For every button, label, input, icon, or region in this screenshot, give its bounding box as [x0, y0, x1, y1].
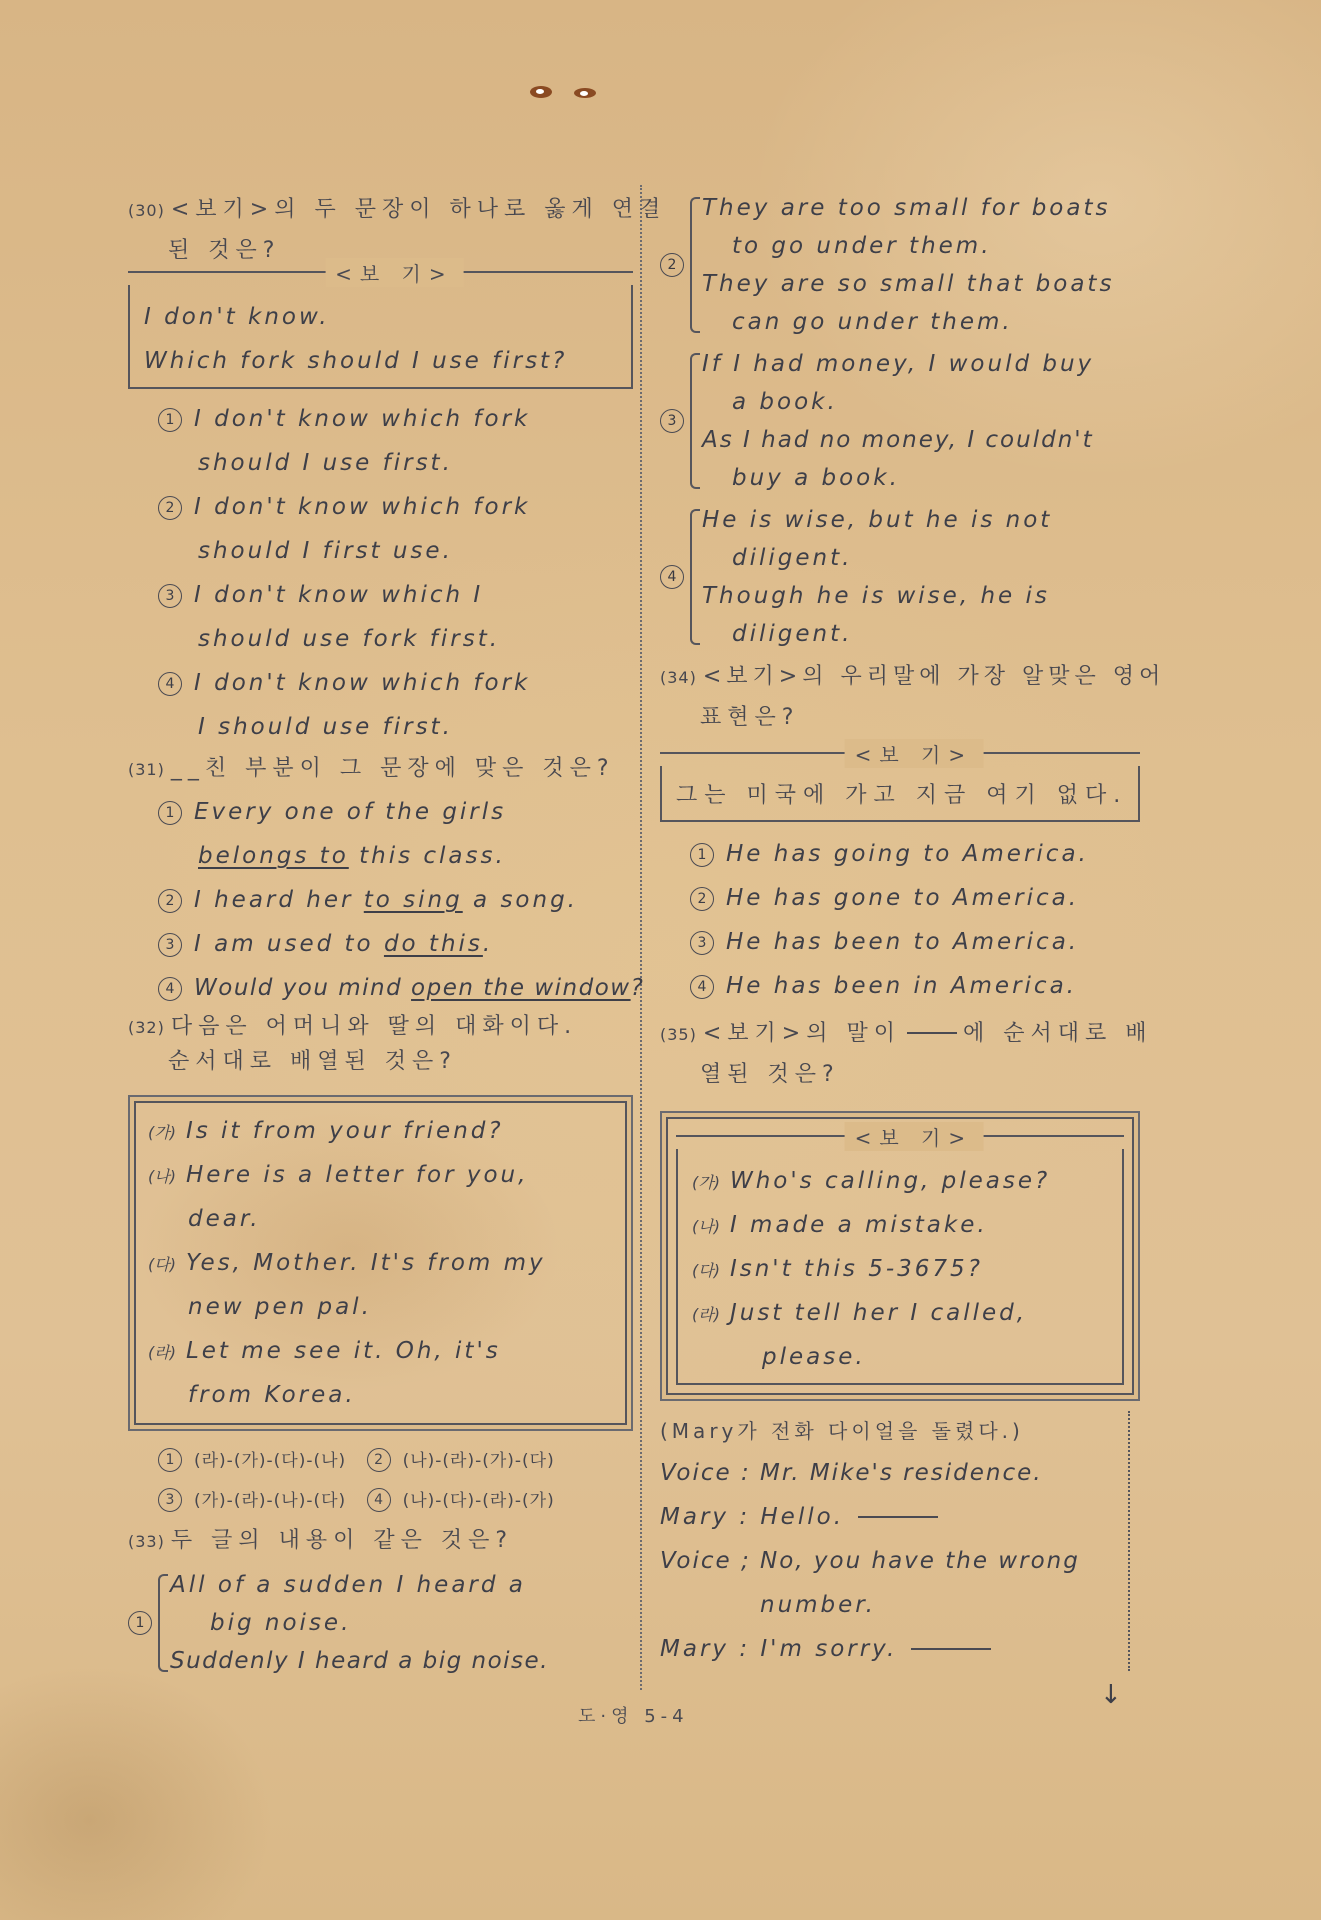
q31-option-2[interactable]: 2I heard her to sing a song.	[128, 878, 633, 922]
left-column: (30)<보기>의 두 문장이 하나로 옳게 연결 된 것은? <보 기> I …	[128, 190, 633, 1684]
dialogue-line: (다)Yes, Mother. It's from my	[148, 1241, 613, 1285]
q30-option-2[interactable]: 2I don't know which fork should I first …	[128, 485, 633, 573]
q33-option-3[interactable]: 3 If I had money, I would buy a book. As…	[660, 345, 1140, 497]
circled-number-icon: 2	[660, 253, 684, 277]
q32-options-row-2: 3(가)-(라)-(나)-(다) 4(나)-(다)-(라)-(가)	[128, 1481, 633, 1521]
q34-option-4[interactable]: 4He has been in America.	[660, 964, 1140, 1008]
dialogue-line: Mary : Hello.	[660, 1495, 1128, 1539]
q30-option-4[interactable]: 4I don't know which fork I should use fi…	[128, 661, 633, 749]
circled-number-icon: 1	[158, 1448, 182, 1472]
brace-icon	[158, 1574, 168, 1672]
question-32: (32)다음은 어머니와 딸의 대화이다. 순서대로 배열된 것은? (가)Is…	[128, 1010, 633, 1521]
brace-icon	[690, 197, 700, 333]
dialogue-line: Voice ; No, you have the wrong	[660, 1539, 1128, 1583]
circled-number-icon: 3	[158, 933, 182, 957]
right-column: 2 They are too small for boats to go und…	[660, 185, 1140, 1671]
circled-number-icon: 4	[690, 975, 714, 999]
dialogue-line: Mary : I'm sorry.	[660, 1627, 1128, 1671]
circled-number-icon: 4	[367, 1488, 391, 1512]
q34-option-1[interactable]: 1He has going to America.	[660, 832, 1140, 876]
ink-stain	[530, 84, 600, 100]
q34-prompt-line2: 표현은?	[660, 698, 1140, 738]
q34-prompt: (34)<보기>의 우리말에 가장 알맞은 영어	[660, 657, 1140, 698]
bogi-line: I don't know.	[144, 295, 617, 339]
circled-number-icon: 4	[158, 672, 182, 696]
q30-bogi-box: <보 기> I don't know. Which fork should I …	[128, 285, 633, 389]
bogi-text: 그는 미국에 가고 지금 여기 없다.	[676, 776, 1124, 816]
q35-outer-box: <보 기> (가)Who's calling, please? (나)I mad…	[666, 1117, 1134, 1395]
q35-prompt: (35)<보기>의 말이에 순서대로 배	[660, 1014, 1140, 1055]
q32-prompt-line2: 순서대로 배열된 것은?	[128, 1045, 633, 1079]
page-footer: 도·영 5-4	[578, 1702, 689, 1728]
circled-number-icon: 2	[367, 1448, 391, 1472]
q30-option-1[interactable]: 1I don't know which fork should I use fi…	[128, 397, 633, 485]
circled-number-icon: 4	[660, 565, 684, 589]
q35-bogi-box: <보 기> (가)Who's calling, please? (나)I mad…	[676, 1149, 1124, 1385]
circled-number-icon: 1	[158, 801, 182, 825]
column-divider	[640, 185, 642, 1690]
q32-prompt: (32)다음은 어머니와 딸의 대화이다.	[128, 1010, 633, 1045]
q30-prompt: (30)<보기>의 두 문장이 하나로 옳게 연결	[128, 190, 633, 231]
q33-prompt: (33)두 글의 내용이 같은 것은?	[128, 1521, 633, 1562]
blank-line	[907, 1032, 957, 1034]
q35-dialogue: (Mary가 전화 다이얼을 돌렸다.) Voice : Mr. Mike's …	[660, 1411, 1130, 1671]
circled-number-icon: 3	[690, 931, 714, 955]
circled-number-icon: 2	[158, 496, 182, 520]
bogi-title: <보 기>	[325, 258, 464, 287]
q31-option-4[interactable]: 4Would you mind open the window?	[128, 966, 633, 1010]
question-33: (33)두 글의 내용이 같은 것은? 1 All of a sudden I …	[128, 1521, 633, 1680]
circled-number-icon: 1	[128, 1611, 152, 1635]
circled-number-icon: 1	[690, 843, 714, 867]
q31-option-3[interactable]: 3I am used to do this.	[128, 922, 633, 966]
circled-number-icon: 3	[158, 1488, 182, 1512]
bogi-title: <보 기>	[845, 739, 984, 768]
q34-option-3[interactable]: 3He has been to America.	[660, 920, 1140, 964]
q35-prompt-line2: 열된 것은?	[660, 1055, 1140, 1095]
q32-option-3[interactable]: 3(가)-(라)-(나)-(다)	[158, 1491, 346, 1511]
question-35: (35)<보기>의 말이에 순서대로 배 열된 것은? <보 기> (가)Who…	[660, 1014, 1140, 1671]
circled-number-icon: 3	[158, 584, 182, 608]
answer-blank[interactable]	[911, 1648, 991, 1650]
brace-icon	[690, 509, 700, 645]
q33-option-2[interactable]: 2 They are too small for boats to go und…	[660, 189, 1140, 341]
circled-number-icon: 3	[660, 409, 684, 433]
circled-number-icon: 1	[158, 408, 182, 432]
circled-number-icon: 2	[690, 887, 714, 911]
q31-option-1[interactable]: 1Every one of the girls belongs to this …	[128, 790, 633, 878]
q32-options-row-1: 1(라)-(가)-(다)-(나) 2(나)-(라)-(가)-(다)	[128, 1441, 633, 1481]
q33-option-1[interactable]: 1 All of a sudden I heard a big noise. S…	[128, 1566, 633, 1680]
continue-arrow-icon: ↓	[1100, 1680, 1122, 1710]
dialogue-line: (라)Let me see it. Oh, it's	[148, 1329, 613, 1373]
question-30: (30)<보기>의 두 문장이 하나로 옳게 연결 된 것은? <보 기> I …	[128, 190, 633, 749]
circled-number-icon: 2	[158, 889, 182, 913]
q32-option-2[interactable]: 2(나)-(라)-(가)-(다)	[367, 1451, 555, 1471]
bogi-title: <보 기>	[845, 1122, 984, 1151]
q32-dialogue-box: (가)Is it from your friend? (나)Here is a …	[134, 1101, 627, 1425]
q30-option-3[interactable]: 3I don't know which I should use fork fi…	[128, 573, 633, 661]
bogi-line: Which fork should I use first?	[144, 339, 617, 383]
q34-bogi-box: <보 기> 그는 미국에 가고 지금 여기 없다.	[660, 766, 1140, 822]
q32-option-1[interactable]: 1(라)-(가)-(다)-(나)	[158, 1451, 346, 1471]
stage-direction: (Mary가 전화 다이얼을 돌렸다.)	[660, 1411, 1128, 1451]
question-34: (34)<보기>의 우리말에 가장 알맞은 영어 표현은? <보 기> 그는 미…	[660, 657, 1140, 1008]
dialogue-line: (나)Here is a letter for you,	[148, 1153, 613, 1197]
q34-option-2[interactable]: 2He has gone to America.	[660, 876, 1140, 920]
answer-blank[interactable]	[858, 1516, 938, 1518]
q32-option-4[interactable]: 4(나)-(다)-(라)-(가)	[367, 1491, 555, 1511]
dialogue-line: Voice : Mr. Mike's residence.	[660, 1451, 1128, 1495]
q33-option-4[interactable]: 4 He is wise, but he is not diligent. Th…	[660, 501, 1140, 653]
dialogue-line: (가)Is it from your friend?	[148, 1109, 613, 1153]
question-31: (31)__친 부분이 그 문장에 맞은 것은? 1Every one of t…	[128, 749, 633, 1010]
brace-icon	[690, 353, 700, 489]
circled-number-icon: 4	[158, 977, 182, 1001]
q31-prompt: (31)__친 부분이 그 문장에 맞은 것은?	[128, 749, 633, 790]
